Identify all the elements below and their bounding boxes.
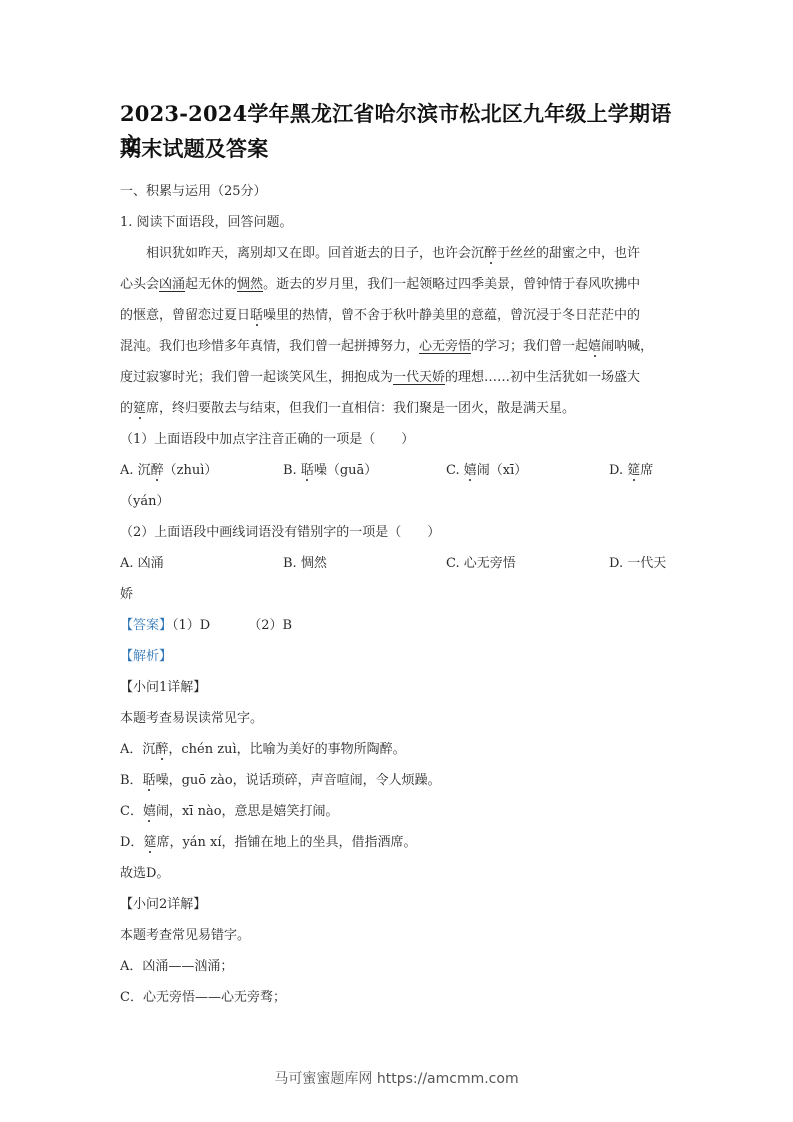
option-d: D. 一代天 <box>609 548 666 579</box>
text: B. <box>283 463 301 478</box>
text: B． <box>120 773 143 788</box>
text: 混沌。我们也珍惜多年真情，我们曾一起拼搏努力， <box>120 339 419 354</box>
answer-label: 【答案】 <box>120 618 172 633</box>
title-line-2: 期末试题及答案 <box>120 133 676 164</box>
text: A．沉 <box>120 742 155 757</box>
detail-2-item: A．凶涌——汹涌； <box>120 951 676 982</box>
text: 心头会 <box>120 277 159 292</box>
dotted-char: 嬉 <box>143 804 156 819</box>
dotted-char: 筵 <box>133 401 146 416</box>
sub-question-2-options: A. 凶涌 B. 惆然 C. 心无旁悟 D. 一代天 <box>120 548 676 579</box>
question-1-prompt: 1. 阅读下面语段，回答问题。 <box>120 207 676 238</box>
underlined-word: 一代天娇 <box>393 370 445 385</box>
answer-part-1: （1）D <box>172 618 210 633</box>
text: 席，yán xí，指铺在地上的坐具，借指酒席。 <box>156 835 416 850</box>
detail-2-label: 【小问2详解】 <box>120 889 676 920</box>
dotted-char: 聒 <box>250 308 263 323</box>
detail-2-item: C．心无旁悟——心无旁骛； <box>120 982 676 1013</box>
dotted-char: 嬉 <box>464 463 477 478</box>
text: 度过寂寥时光；我们曾一起谈笑风生，拥抱成为 <box>120 370 393 385</box>
text: A. 沉 <box>120 463 151 478</box>
option-d-wrap: 娇 <box>120 579 676 610</box>
text: 闹（xī） <box>477 463 528 478</box>
text: 闹呐喊， <box>601 339 653 354</box>
dotted-char: 醉 <box>151 463 164 478</box>
underlined-word: 惆然 <box>237 277 263 292</box>
dotted-char: 筵 <box>143 835 156 850</box>
sub-question-2-prompt: （2）上面语段中画线词语没有错别字的一项是（ ） <box>120 517 676 548</box>
text: 的学习；我们曾一起 <box>471 339 588 354</box>
footer-watermark: 马可蜜蜜题库网 https://amcmm.com <box>0 1068 793 1088</box>
option-b: B. 惆然 <box>283 548 446 579</box>
detail-1-intro: 本题考查易误读常见字。 <box>120 703 676 734</box>
document-page: 2023-2024学年黑龙江省哈尔滨市松北区九年级上学期语文 期末试题及答案 一… <box>120 98 676 1013</box>
dotted-char: 嬉 <box>588 339 601 354</box>
dotted-char: 聒 <box>301 463 314 478</box>
detail-2-intro: 本题考查常见易错字。 <box>120 920 676 951</box>
text: ，chén zuì，比喻为美好的事物所陶醉。 <box>168 742 405 757</box>
text: 噪（guā） <box>314 463 377 478</box>
text: 噪里的热情，曾不舍于秋叶静美里的意蕴，曾沉浸于冬日茫茫中的 <box>263 308 640 323</box>
passage-line: 心头会凶涌起无休的惆然。逝去的岁月里，我们一起领略过四季美景，曾钟情于春风吹拂中 <box>120 269 676 300</box>
passage-line: 混沌。我们也珍惜多年真情，我们曾一起拼搏努力，心无旁悟的学习；我们曾一起嬉闹呐喊… <box>120 331 676 362</box>
detail-1-item: A．沉醉，chén zuì，比喻为美好的事物所陶醉。 <box>120 734 676 765</box>
text: 于丝丝的甜蜜之中，也许 <box>497 246 640 261</box>
answer-line: 【答案】（1）D（2）B <box>120 610 676 641</box>
option-a: A. 凶涌 <box>120 548 283 579</box>
detail-1-label: 【小问1详解】 <box>120 672 676 703</box>
text: 席，终归要散去与结束，但我们一直相信：我们聚是一团火，散是满天星。 <box>146 401 575 416</box>
option-b: B. 聒噪（guā） <box>283 455 446 486</box>
passage-line: 的惬意，曾留恋过夏日聒噪里的热情，曾不舍于秋叶静美里的意蕴，曾沉浸于冬日茫茫中的 <box>120 300 676 331</box>
text: （zhuì） <box>164 463 218 478</box>
detail-1-conclusion: 故选D。 <box>120 858 676 889</box>
option-c: C. 嬉闹（xī） <box>446 455 609 486</box>
option-c: C. 心无旁悟 <box>446 548 609 579</box>
dotted-char: 醉 <box>155 742 168 757</box>
text: 噪，guō zào，说话琐碎，声音喧闹，令人烦躁。 <box>156 773 441 788</box>
text: 席 <box>640 463 653 478</box>
answer-part-2: （2）B <box>248 618 292 633</box>
underlined-word: 凶涌 <box>159 277 185 292</box>
title-line-1: 2023-2024学年黑龙江省哈尔滨市松北区九年级上学期语文 <box>120 98 676 129</box>
text: 闹，xī nào，意思是嬉笑打闹。 <box>156 804 339 819</box>
text: D. <box>609 463 627 478</box>
dotted-char: 醉 <box>484 246 497 261</box>
passage-line: 的筵席，终归要散去与结束，但我们一直相信：我们聚是一团火，散是满天星。 <box>120 393 676 424</box>
detail-1-item: B．聒噪，guō zào，说话琐碎，声音喧闹，令人烦躁。 <box>120 765 676 796</box>
text: 相识犹如昨天，离别却又在即。回首逝去的日子，也许会沉 <box>146 246 484 261</box>
document-title: 2023-2024学年黑龙江省哈尔滨市松北区九年级上学期语文 期末试题及答案 <box>120 98 676 164</box>
dotted-char: 聒 <box>143 773 156 788</box>
underlined-word: 心无旁悟 <box>419 339 471 354</box>
text: C. <box>446 463 464 478</box>
text: C． <box>120 804 143 819</box>
sub-question-1-options: A. 沉醉（zhuì） B. 聒噪（guā） C. 嬉闹（xī） D. 筵席 <box>120 455 676 486</box>
option-d-wrap: （yán） <box>120 486 676 517</box>
dotted-char: 筵 <box>627 463 640 478</box>
option-a: A. 沉醉（zhuì） <box>120 455 283 486</box>
option-d: D. 筵席 <box>609 455 653 486</box>
text: D． <box>120 835 143 850</box>
passage-line: 度过寂寥时光；我们曾一起谈笑风生，拥抱成为一代天娇的理想……初中生活犹如一场盛大 <box>120 362 676 393</box>
detail-1-item: D．筵席，yán xí，指铺在地上的坐具，借指酒席。 <box>120 827 676 858</box>
reading-passage: 相识犹如昨天，离别却又在即。回首逝去的日子，也许会沉醉于丝丝的甜蜜之中，也许 心… <box>120 238 676 424</box>
passage-line: 相识犹如昨天，离别却又在即。回首逝去的日子，也许会沉醉于丝丝的甜蜜之中，也许 <box>120 238 676 269</box>
detail-1-item: C．嬉闹，xī nào，意思是嬉笑打闹。 <box>120 796 676 827</box>
text: 的 <box>120 401 133 416</box>
section-heading: 一、积累与运用（25分） <box>120 176 676 207</box>
analysis-label: 【解析】 <box>120 641 676 672</box>
text: 起无休的 <box>185 277 237 292</box>
text: 的理想……初中生活犹如一场盛大 <box>445 370 640 385</box>
text: 的惬意，曾留恋过夏日 <box>120 308 250 323</box>
text: 。逝去的岁月里，我们一起领略过四季美景，曾钟情于春风吹拂中 <box>263 277 640 292</box>
sub-question-1-prompt: （1）上面语段中加点字注音正确的一项是（ ） <box>120 424 676 455</box>
